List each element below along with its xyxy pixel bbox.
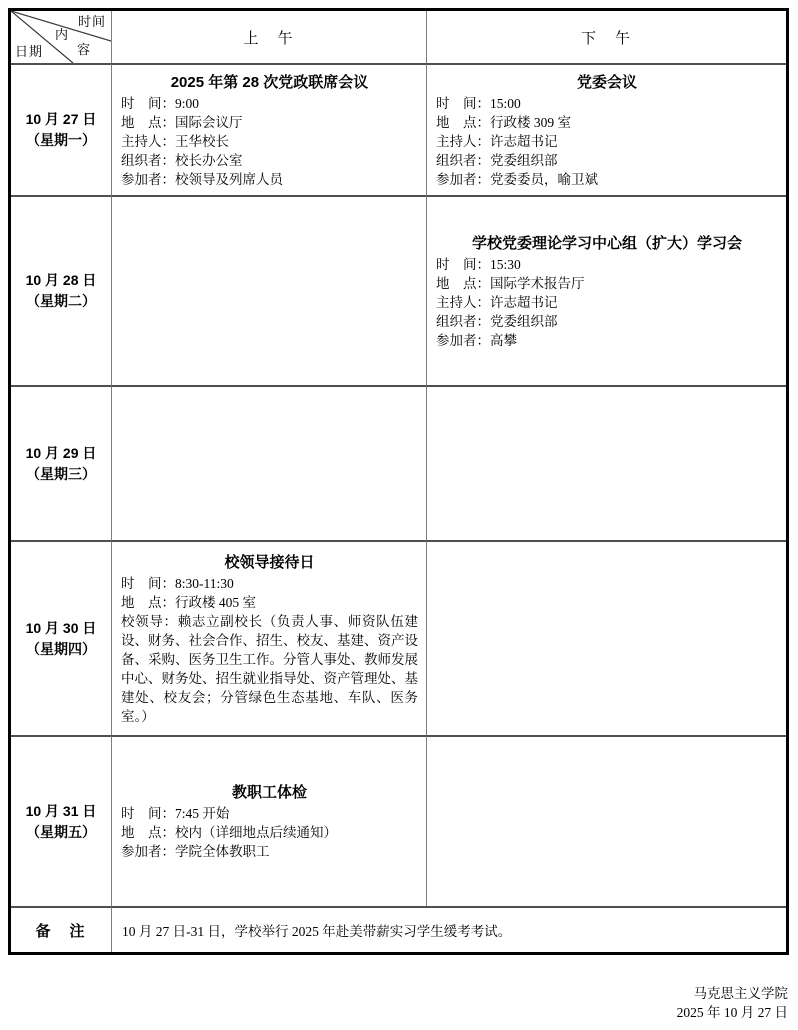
event-line: 参加者：高攀 bbox=[436, 331, 778, 350]
weekday-text: （星期四） bbox=[26, 639, 96, 660]
event-cell-fri-morning: 教职工体检 时 间：7:45 开始 地 点：校内（详细地点后续通知） 参加者：学… bbox=[111, 735, 426, 906]
remark-text-cell: 10 月 27 日-31 日，学校举行 2025 年赴美带薪实习学生缓考考试。 bbox=[111, 906, 786, 952]
event-cell-wed-morning bbox=[111, 385, 426, 540]
schedule-page: 时间 内 容 日期 上 午 下 午 10 月 27 日 （星期一） 2025 年… bbox=[0, 0, 798, 1030]
date-cell-fri: 10 月 31 日 （星期五） bbox=[11, 735, 111, 906]
event-line: 参加者：校领导及列席人员 bbox=[121, 170, 418, 189]
weekday-text: （星期三） bbox=[26, 464, 96, 485]
footer-date: 2025 年 10 月 27 日 bbox=[677, 1003, 788, 1022]
corner-content-char1: 内 bbox=[55, 28, 69, 42]
event-line: 组织者：党委组织部 bbox=[436, 151, 778, 170]
event-line: 地 点：国际会议厅 bbox=[121, 113, 418, 132]
date-text: 10 月 30 日 bbox=[26, 618, 97, 639]
corner-date-label: 日期 bbox=[15, 45, 43, 59]
date-cell-wed: 10 月 29 日 （星期三） bbox=[11, 385, 111, 540]
event-line: 参加者：学院全体教职工 bbox=[121, 842, 418, 861]
header-corner-cell: 时间 内 容 日期 bbox=[11, 11, 111, 63]
date-text: 10 月 31 日 bbox=[26, 801, 97, 822]
event-cell-tue-morning bbox=[111, 195, 426, 385]
event-line: 时 间：15:00 bbox=[436, 94, 778, 113]
remark-label-cell: 备 注 bbox=[11, 906, 111, 952]
event-title: 教职工体检 bbox=[121, 782, 418, 803]
event-line: 组织者：校长办公室 bbox=[121, 151, 418, 170]
footer-organization: 马克思主义学院 bbox=[677, 984, 788, 1003]
event-line: 时 间：7:45 开始 bbox=[121, 804, 418, 823]
event-line: 时 间：8:30-11:30 bbox=[121, 574, 418, 593]
event-cell-thu-afternoon bbox=[426, 540, 786, 735]
footer-signature: 马克思主义学院 2025 年 10 月 27 日 bbox=[677, 984, 788, 1022]
date-text: 10 月 29 日 bbox=[26, 443, 97, 464]
column-header-morning: 上 午 bbox=[111, 11, 426, 63]
event-line: 校领导：赖志立副校长（负责人事、师资队伍建设、财务、社会合作、招生、校友、基建、… bbox=[121, 612, 418, 726]
event-line: 地 点：国际学术报告厅 bbox=[436, 274, 778, 293]
event-cell-wed-afternoon bbox=[426, 385, 786, 540]
date-cell-thu: 10 月 30 日 （星期四） bbox=[11, 540, 111, 735]
weekday-text: （星期五） bbox=[26, 822, 96, 843]
event-cell-mon-morning: 2025 年第 28 次党政联席会议 时 间：9:00 地 点：国际会议厅 主持… bbox=[111, 63, 426, 195]
event-line: 地 点：行政楼 309 室 bbox=[436, 113, 778, 132]
corner-time-label: 时间 bbox=[78, 15, 106, 29]
date-cell-mon: 10 月 27 日 （星期一） bbox=[11, 63, 111, 195]
event-line: 主持人：许志超书记 bbox=[436, 293, 778, 312]
event-line: 参加者：党委委员，喻卫斌 bbox=[436, 170, 778, 189]
event-line: 主持人：王华校长 bbox=[121, 132, 418, 151]
column-header-afternoon: 下 午 bbox=[426, 11, 786, 63]
event-line: 地 点：行政楼 405 室 bbox=[121, 593, 418, 612]
event-line: 地 点：校内（详细地点后续通知） bbox=[121, 823, 418, 842]
date-text: 10 月 27 日 bbox=[26, 109, 97, 130]
event-title: 党委会议 bbox=[436, 72, 778, 93]
event-cell-mon-afternoon: 党委会议 时 间：15:00 地 点：行政楼 309 室 主持人：许志超书记 组… bbox=[426, 63, 786, 195]
event-cell-tue-afternoon: 学校党委理论学习中心组（扩大）学习会 时 间：15:30 地 点：国际学术报告厅… bbox=[426, 195, 786, 385]
event-cell-thu-morning: 校领导接待日 时 间：8:30-11:30 地 点：行政楼 405 室 校领导：… bbox=[111, 540, 426, 735]
event-title: 学校党委理论学习中心组（扩大）学习会 bbox=[436, 233, 778, 254]
event-line: 时 间：9:00 bbox=[121, 94, 418, 113]
event-title: 2025 年第 28 次党政联席会议 bbox=[121, 72, 418, 93]
weekday-text: （星期一） bbox=[26, 130, 96, 151]
event-title: 校领导接待日 bbox=[121, 552, 418, 573]
event-cell-fri-afternoon bbox=[426, 735, 786, 906]
event-line: 时 间：15:30 bbox=[436, 255, 778, 274]
corner-content-char2: 容 bbox=[77, 43, 91, 57]
date-cell-tue: 10 月 28 日 （星期二） bbox=[11, 195, 111, 385]
weekly-schedule-table: 时间 内 容 日期 上 午 下 午 10 月 27 日 （星期一） 2025 年… bbox=[8, 8, 789, 955]
weekday-text: （星期二） bbox=[26, 291, 96, 312]
date-text: 10 月 28 日 bbox=[26, 270, 97, 291]
event-line: 组织者：党委组织部 bbox=[436, 312, 778, 331]
event-line: 主持人：许志超书记 bbox=[436, 132, 778, 151]
